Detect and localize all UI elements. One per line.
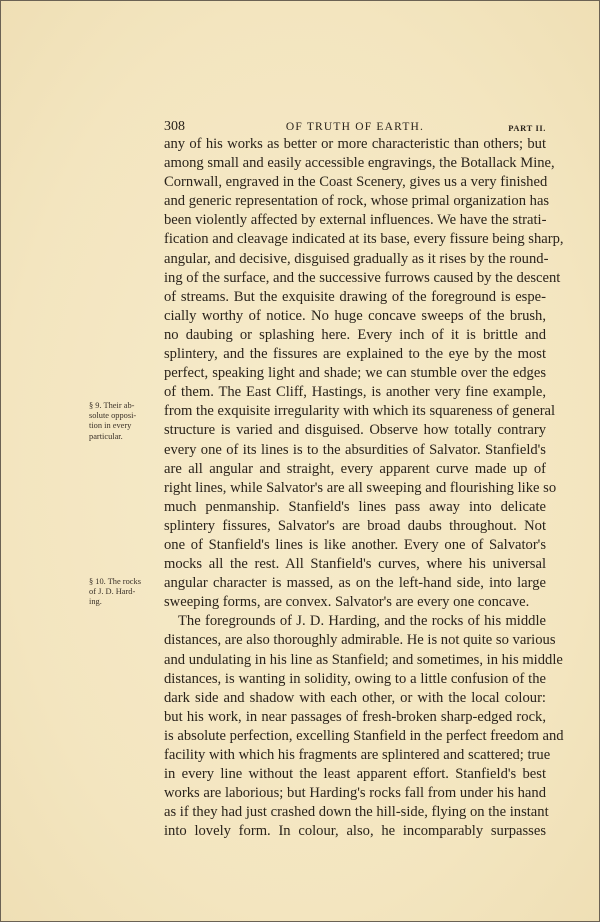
text-line: among small and easily accessible engrav… [164,154,546,173]
text-line: dark side and shadow with each other, or… [164,689,546,708]
text-line: structure is varied and disguised. Obser… [164,421,546,440]
margin-note-line: § 10. The rocks [89,577,161,587]
text-line: but his work, in near passages of fresh-… [164,708,546,727]
margin-note-line: tion in every [89,421,161,431]
text-line: in every line without the least apparent… [164,765,546,784]
text-line: every one of its lines is to the absurdi… [164,441,546,460]
running-header: 308 OF TRUTH OF EARTH. PART II. [164,119,546,135]
margin-note-line: solute opposi- [89,411,161,421]
text-line: distances, are also thoroughly admirable… [164,631,546,650]
text-line: been violently affected by external infl… [164,211,546,230]
text-line: splintery, and the fissures are explaine… [164,345,546,364]
text-line: mocks all the rest. All Stanfield's curv… [164,555,546,574]
running-title: OF TRUTH OF EARTH. [164,119,546,135]
text-line: into lovely form. In colour, also, he in… [164,822,546,841]
text-line: right lines, while Salvator's are all sw… [164,479,546,498]
margin-note-section-10: § 10. The rocks of J. D. Hard- ing. [89,577,161,608]
margin-note-section-9: § 9. Their ab- solute opposi- tion in ev… [89,401,161,442]
margin-note-line: particular. [89,432,161,442]
margin-note-line: ing. [89,597,161,607]
text-line: Cornwall, engraved in the Coast Scenery,… [164,173,546,192]
text-line: and generic representation of rock, whos… [164,192,546,211]
text-line: distances, is wanting in solidity, owing… [164,670,546,689]
body-text: any of his works as better or more chara… [164,135,546,841]
text-line: of them. The East Cliff, Hastings, is an… [164,383,546,402]
text-line: of streams. But the exquisite drawing of… [164,288,546,307]
margin-note-line: § 9. Their ab- [89,401,161,411]
text-line: no daubing or splashing here. Every inch… [164,326,546,345]
text-line: ing of the surface, and the successive f… [164,269,546,288]
text-line: angular, and decisive, disguised gradual… [164,250,546,269]
text-line: works are laborious; but Harding's rocks… [164,784,546,803]
text-line: and undulating in his line as Stanfield;… [164,651,546,670]
margin-note-line: of J. D. Hard- [89,587,161,597]
text-line: splintery fissures, Salvator's are broad… [164,517,546,536]
text-line: cially worthy of notice. No huge concave… [164,307,546,326]
text-line: much penmanship. Stanfield's lines pass … [164,498,546,517]
text-line: facility with which his fragments are sp… [164,746,546,765]
text-line: from the exquisite irregularity with whi… [164,402,546,421]
text-line: The foregrounds of J. D. Harding, and th… [164,612,546,631]
text-line: any of his works as better or more chara… [164,135,546,154]
text-line: sweeping forms, are convex. Salvator's a… [164,593,546,612]
text-line: one of Stanfield's lines is like another… [164,536,546,555]
part-label: PART II. [508,120,546,136]
text-line: fication and cleavage indicated at its b… [164,230,546,249]
text-line: perfect, speaking light and shade; we ca… [164,364,546,383]
text-line: are all angular and straight, every appa… [164,460,546,479]
text-line: as if they had just crashed down the hil… [164,803,546,822]
book-page: 308 OF TRUTH OF EARTH. PART II. § 9. The… [0,0,600,922]
text-line: angular character is massed, as on the l… [164,574,546,593]
text-line: is absolute perfection, excelling Stanfi… [164,727,546,746]
